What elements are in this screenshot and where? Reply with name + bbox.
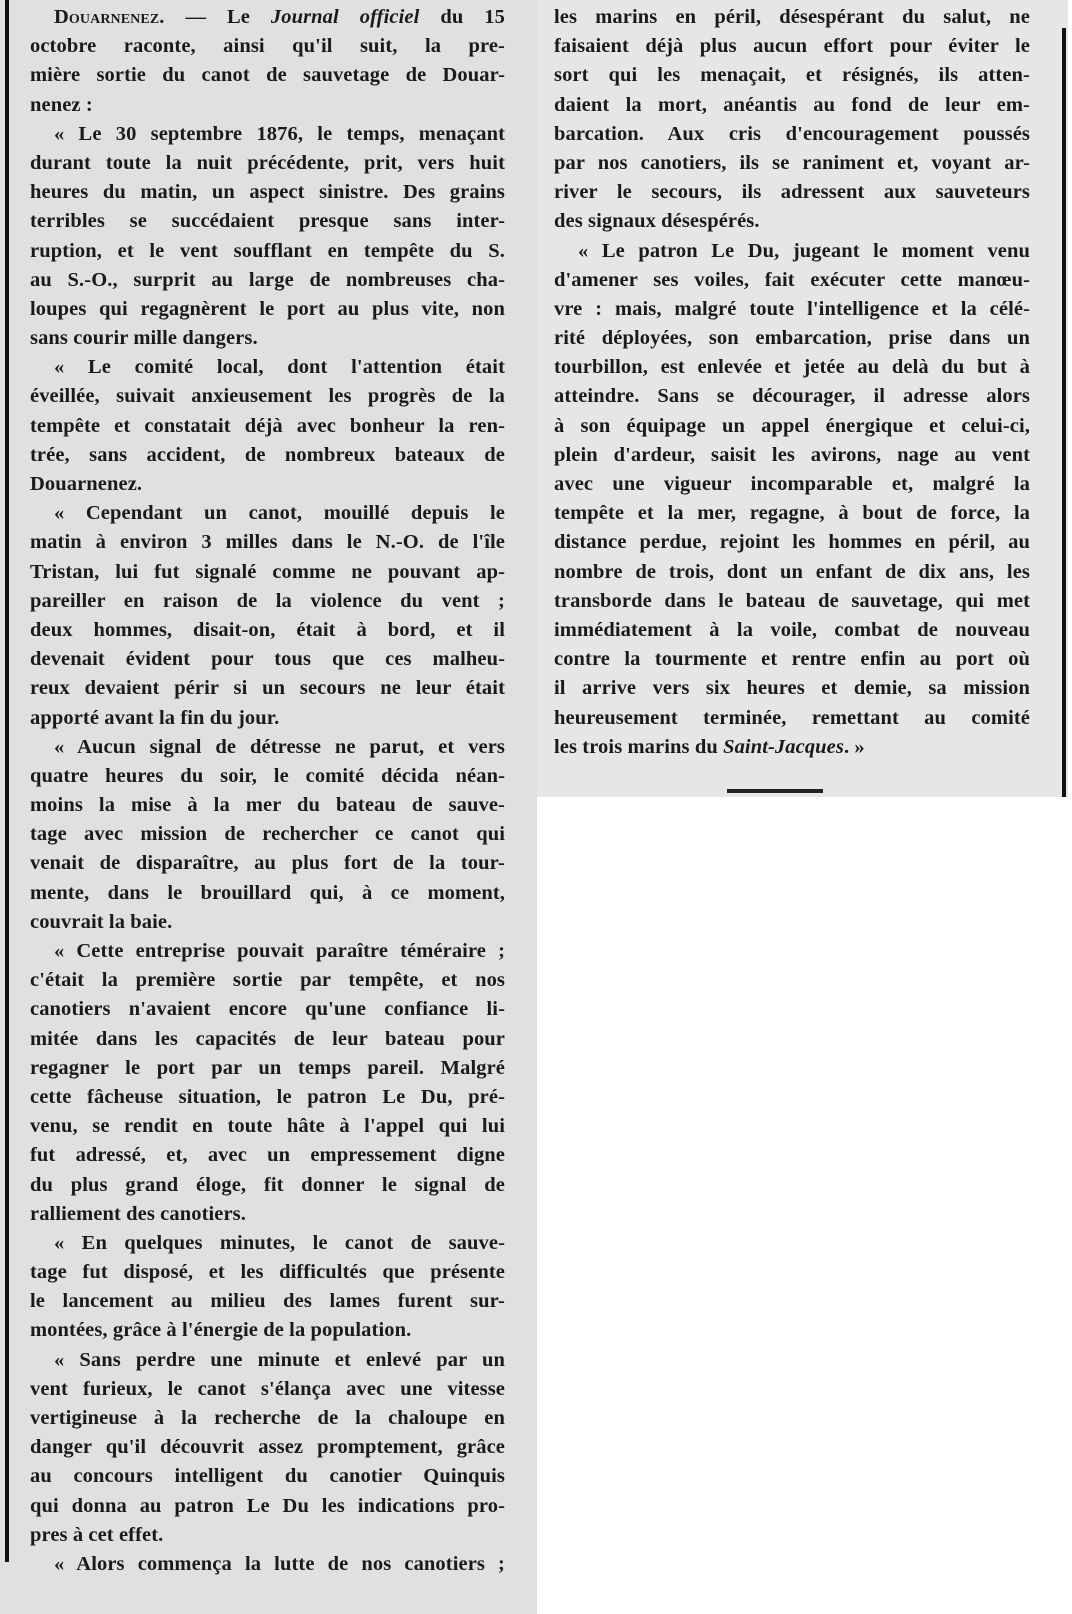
ship-name: Saint-Jacques [723,736,844,758]
dateline-dash: — Le [165,6,271,28]
text-line: nenez : [30,91,505,120]
text-line: deux hommes, disait-on, était à bord, et… [30,616,505,645]
text-line: à son équipage un appel énergique et cel… [554,412,1030,441]
text-line: cette fâcheuse situation, le patron Le D… [30,1083,505,1112]
right-column-text: les marins en péril, désespérant du salu… [554,3,1030,762]
text-line: mitée dans les capacités de leur bateau … [30,1025,505,1054]
text-line: heureusement terminée, remettant au comi… [554,704,1030,733]
text-line: ruption, et le vent soufflant en tempête… [30,237,505,266]
text-line: éveillée, suivait anxieusement les progr… [30,382,505,411]
text-line: matin à environ 3 milles dans le N.-O. d… [30,528,505,557]
text-line: couvrait la baie. [30,908,505,937]
text-line: « Le patron Le Du, jugeant le moment ven… [554,237,1030,266]
text-line: distance perdue, rejoint les hommes en p… [554,528,1030,557]
text-line: « Cependant un canot, mouillé depuis le [30,499,505,528]
article-end-separator [727,789,823,793]
text-line: « Le comité local, dont l'attention étai… [30,353,505,382]
text-line: Douarnenez. — Le Journal officiel du 15 [30,3,505,32]
text-line: trée, sans accident, de nombreux bateaux… [30,441,505,470]
text-line: les trois marins du Saint-Jacques. » [554,733,1030,762]
text-line: vent furieux, le canot s'élança avec une… [30,1375,505,1404]
text-line: d'amener ses voiles, fait exécuter cette… [554,266,1030,295]
text-line: « Le 30 septembre 1876, le temps, menaça… [30,120,505,149]
text-line: sort qui les menaçait, et résignés, ils … [554,61,1030,90]
text-line: « Sans perdre une minute et enlevé par u… [30,1346,505,1375]
text-line: reux devaient périr si un secours ne leu… [30,674,505,703]
text-line: tage avec mission de rechercher ce canot… [30,820,505,849]
text-line: il arrive vers six heures et demie, sa m… [554,674,1030,703]
text-line: contre la tourmente et rentre enfin au p… [554,645,1030,674]
text-line: pareiller en raison de la violence du ve… [30,587,505,616]
text-line: « Aucun signal de détresse ne parut, et … [30,733,505,762]
text-line: apporté avant la fin du jour. [30,704,505,733]
text-line: vertigineuse à la recherche de la chalou… [30,1404,505,1433]
text-line: c'était la première sortie par tempête, … [30,966,505,995]
text-line: plein d'ardeur, saisit les avirons, nage… [554,441,1030,470]
text-line: vre : mais, malgré toute l'intelligence … [554,295,1030,324]
text-line: transborde dans le bateau de sauvetage, … [554,587,1030,616]
text-line: terribles se succédaient presque sans in… [30,207,505,236]
text-line: des signaux désespérés. [554,207,1030,236]
text-line: pres à cet effet. [30,1521,505,1550]
text-line: tempête et la mer, regagne, à bout de fo… [554,499,1030,528]
text-line: mente, dans le brouillard qui, à ce mome… [30,879,505,908]
text-line: loupes qui regagnèrent le port au plus v… [30,295,505,324]
text-line: rité déployées, son embarcation, prise d… [554,324,1030,353]
text-line: qui donna au patron Le Du les indication… [30,1492,505,1521]
dateline-date: du 15 [419,6,505,28]
text-line: les marins en péril, désespérant du salu… [554,3,1030,32]
text-line: « En quelques minutes, le canot de sauve… [30,1229,505,1258]
text-line: ralliement des canotiers. [30,1200,505,1229]
column-rule-left [5,0,9,1562]
text-line: montées, grâce à l'énergie de la populat… [30,1316,505,1345]
text-line: le lancement au milieu des lames furent … [30,1287,505,1316]
column-rule-right [1062,28,1066,797]
text-line: regagner le port par un temps pareil. Ma… [30,1054,505,1083]
text-line: immédiatement à la voile, combat de nouv… [554,616,1030,645]
text-line: daient la mort, anéantis au fond de leur… [554,91,1030,120]
text-line: quatre heures du soir, le comité décida … [30,762,505,791]
text-line: tourbillon, est enlevée et jetée au delà… [554,353,1030,382]
text-line: « Cette entreprise pouvait paraître témé… [30,937,505,966]
text-line: au concours intelligent du canotier Quin… [30,1462,505,1491]
text-line: heures du matin, un aspect sinistre. Des… [30,178,505,207]
text-line: tage fut disposé, et les difficultés que… [30,1258,505,1287]
text-line: Douarnenez. [30,470,505,499]
text-line: moins la mise à la mer du bateau de sauv… [30,791,505,820]
text-line: devenait évident pour tous que ces malhe… [30,645,505,674]
text-line: durant toute la nuit précédente, prit, v… [30,149,505,178]
source-publication: Journal officiel [271,6,420,28]
left-column: Douarnenez. — Le Journal officiel du 15o… [0,0,537,1614]
text-line: du plus grand éloge, fit donner le signa… [30,1171,505,1200]
text-line: venait de disparaître, au plus fort de l… [30,849,505,878]
text-line: canotiers n'avaient encore qu'une confia… [30,995,505,1024]
text-line: fut adressé, et, avec un empressement di… [30,1141,505,1170]
text-line: barcation. Aux cris d'encouragement pous… [554,120,1030,149]
closing-text: les trois marins du [554,736,723,758]
closing-quote: . » [844,736,865,758]
left-column-text: Douarnenez. — Le Journal officiel du 15o… [30,3,505,1579]
text-line: danger qu'il découvrit assez promptement… [30,1433,505,1462]
text-line: mière sortie du canot de sauvetage de Do… [30,61,505,90]
text-line: river le secours, ils adressent aux sauv… [554,178,1030,207]
text-line: avec une vigueur incomparable et, malgré… [554,470,1030,499]
right-column: les marins en péril, désespérant du salu… [537,0,1068,797]
text-line: par nos canotiers, ils se raniment et, v… [554,149,1030,178]
text-line: venu, se rendit en toute hâte à l'appel … [30,1112,505,1141]
text-line: nombre de trois, dont un enfant de dix a… [554,558,1030,587]
text-line: faisaient déjà plus aucun effort pour év… [554,32,1030,61]
dateline-place: Douarnenez. [54,6,165,28]
text-line: atteindre. Sans se décourager, il adress… [554,382,1030,411]
text-line: « Alors commença la lutte de nos canotie… [30,1550,505,1579]
text-line: au S.-O., surprit au large de nombreuses… [30,266,505,295]
text-line: octobre raconte, ainsi qu'il suit, la pr… [30,32,505,61]
text-line: Tristan, lui fut signalé comme ne pouvan… [30,558,505,587]
text-line: sans courir mille dangers. [30,324,505,353]
text-line: tempête et constatait déjà avec bonheur … [30,412,505,441]
